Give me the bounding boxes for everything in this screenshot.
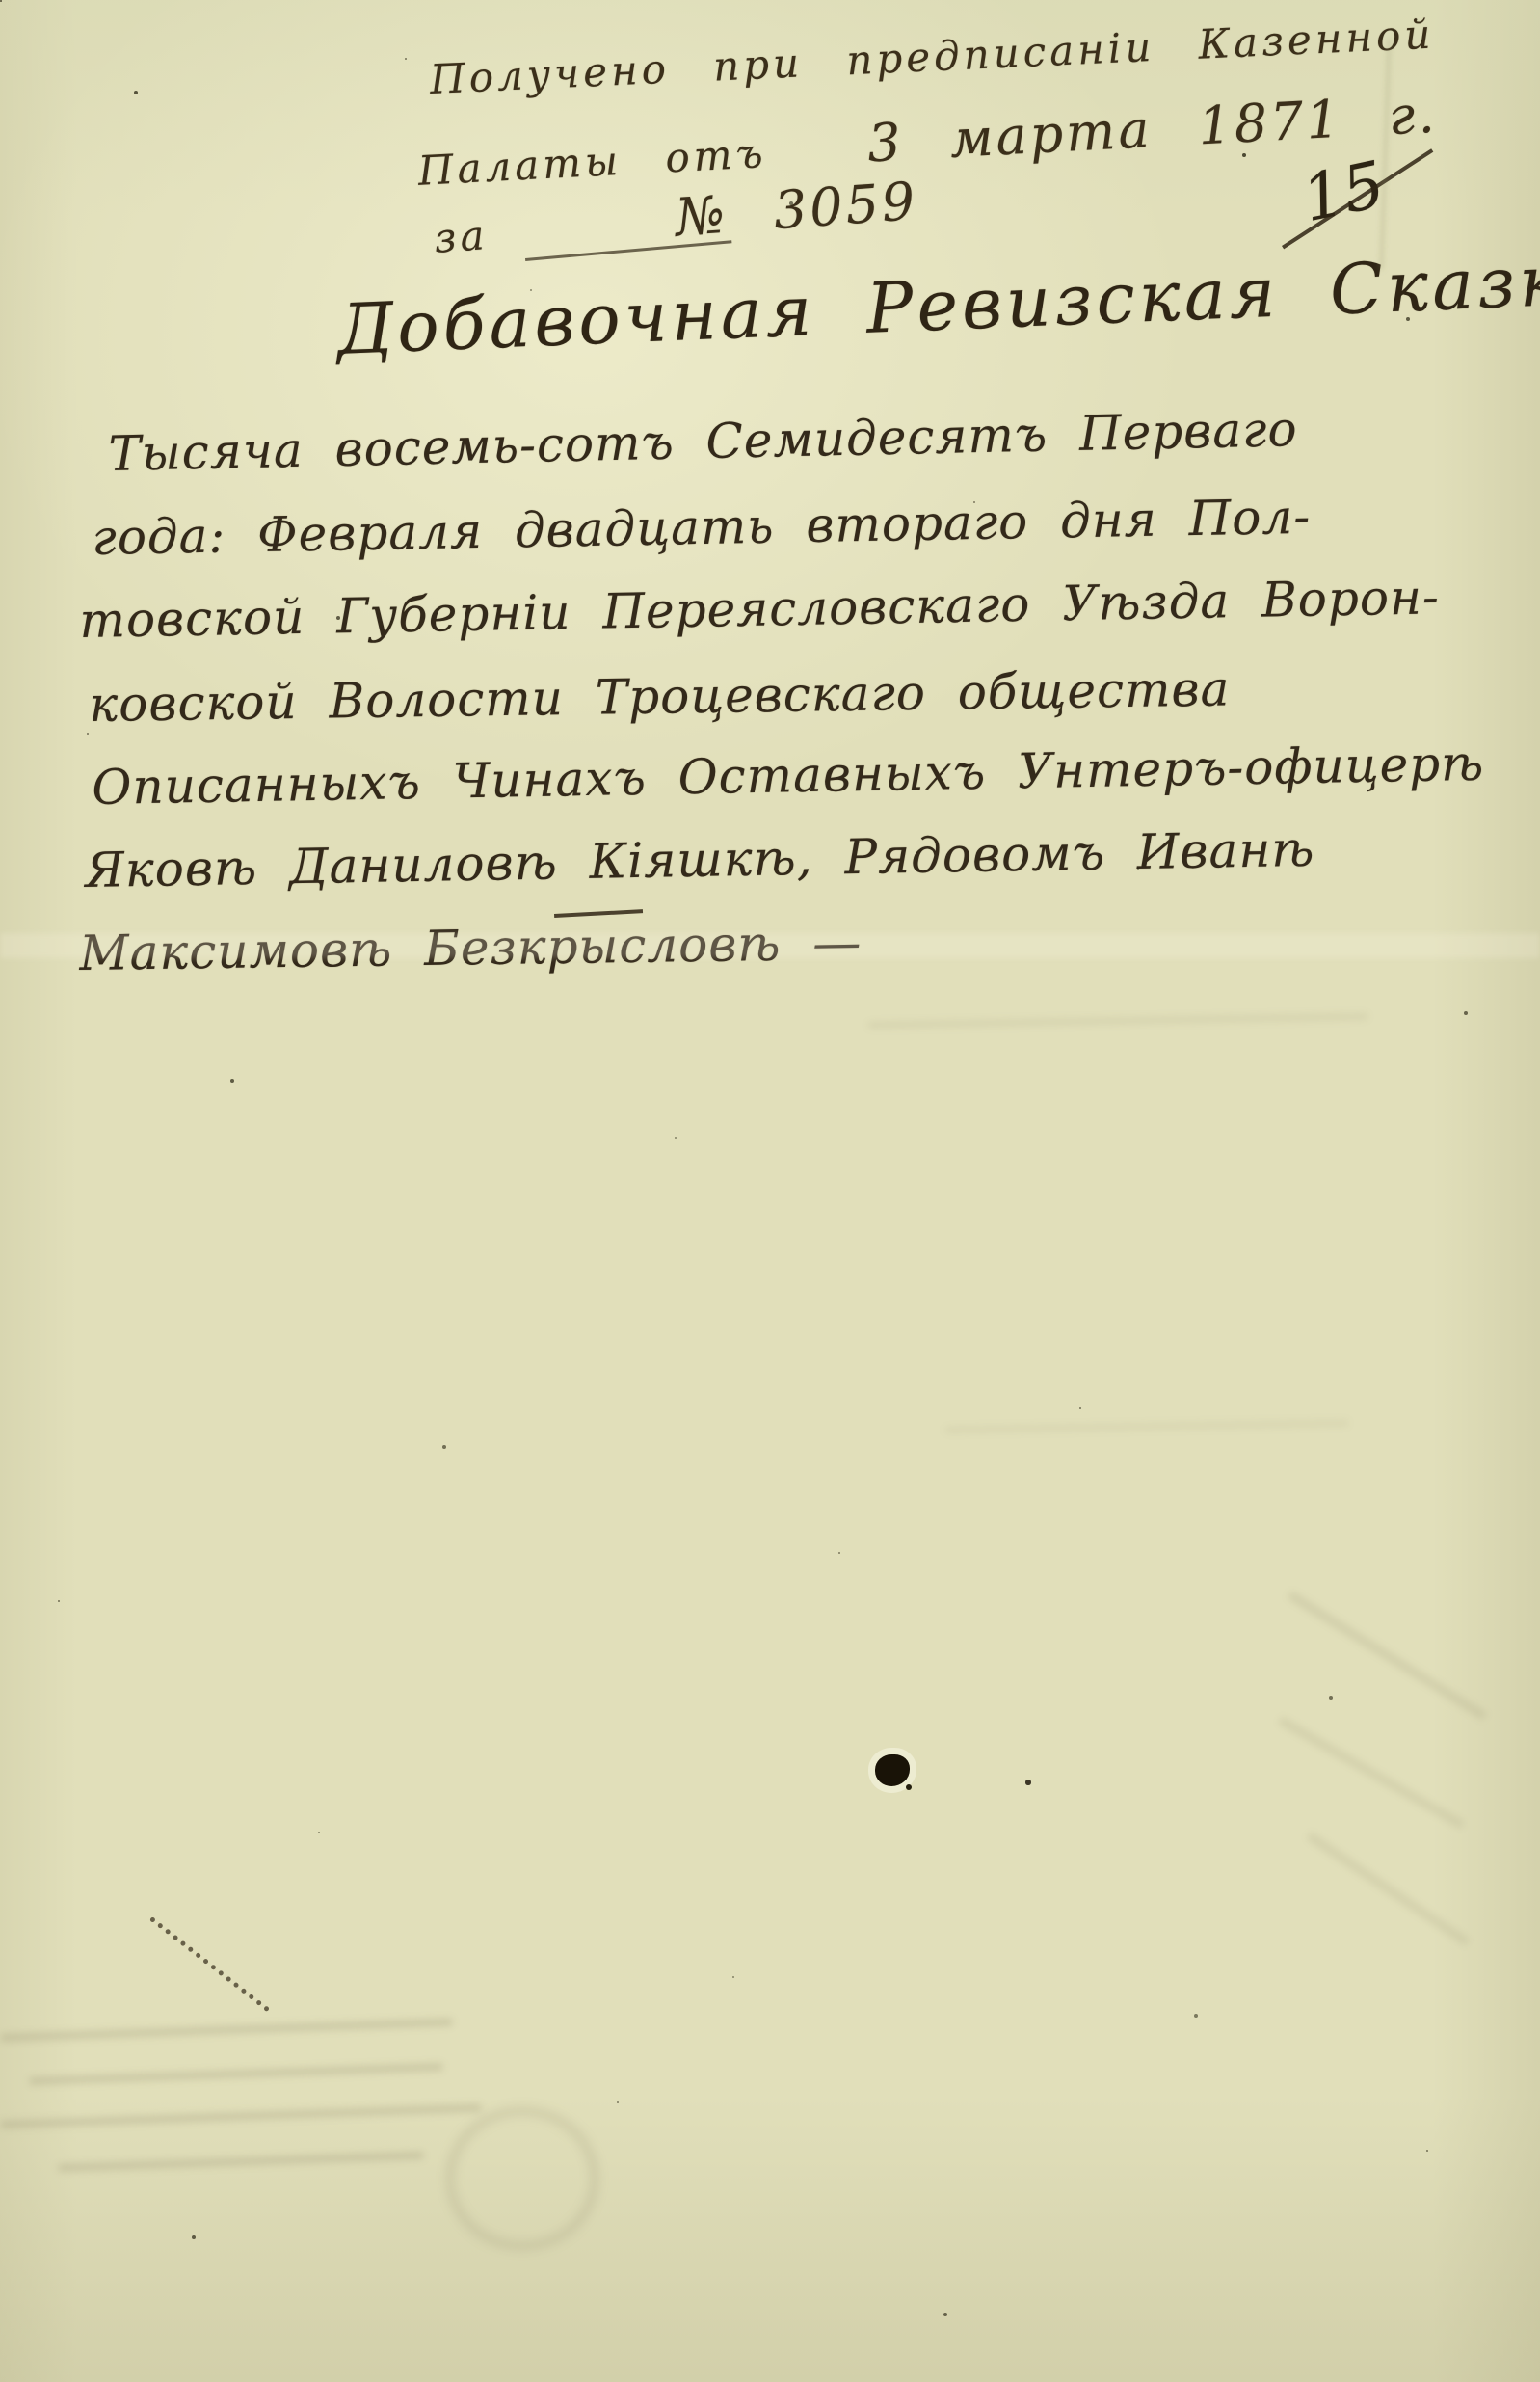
body-line-1: Тысяча восемь-сотъ Семидесятъ Перваго — [108, 401, 1298, 482]
received-note-line1: Получено при предписаніи Казенной — [429, 11, 1435, 103]
body-line-5: Описанныхъ Чинахъ Оставныхъ Унтеръ-офице… — [92, 736, 1485, 816]
horizontal-crease — [0, 933, 1540, 958]
ink-scratch — [149, 1916, 270, 2012]
show-through-smudge — [1278, 1716, 1466, 1830]
document-page: Получено при предписаніи Казенной Палаты… — [0, 0, 1540, 2382]
body-line-3: товской Губерніи Переясловскаго Уѣзда Во… — [79, 569, 1440, 649]
body-line-4: ковской Волости Троцевскаго общества — [89, 660, 1231, 733]
show-through-smudge — [1287, 1591, 1487, 1721]
show-through-line — [0, 2104, 482, 2128]
ghost-stamp — [445, 2106, 599, 2251]
received-note-za: за — [433, 211, 490, 262]
show-through-line — [58, 2152, 424, 2172]
show-through-smudge — [1306, 1832, 1471, 1946]
show-through-line — [29, 2063, 443, 2085]
show-through-smudge — [867, 1013, 1368, 1029]
show-through-smudge — [944, 1420, 1349, 1433]
page-number: 15 — [1296, 147, 1391, 237]
body-line-6: Яковѣ Даниловѣ Кіяшкѣ, Рядовомъ Иванѣ — [85, 821, 1315, 898]
received-note-line2: Палаты отъ 3 марта 1871 г. — [416, 84, 1439, 198]
vertical-crease — [1380, 39, 1391, 270]
paper-specks — [0, 0, 2, 2]
surname-underline — [554, 909, 643, 918]
body-line-2: года: Февраля двадцать втораго дня Пол- — [92, 489, 1312, 566]
show-through-line — [0, 2019, 453, 2042]
ink-blot-satellite — [906, 1784, 912, 1790]
ink-blot — [875, 1754, 910, 1786]
